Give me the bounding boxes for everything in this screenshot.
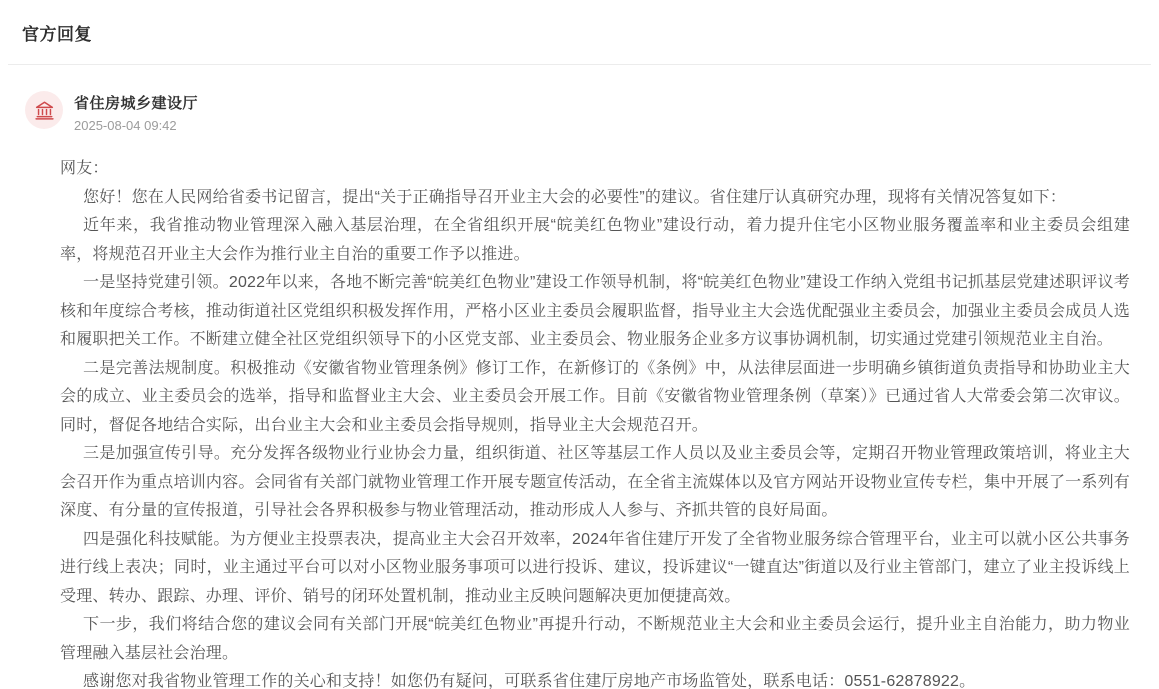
- reply-paragraph: 四是强化科技赋能。为方便业主投票表决，提高业主大会召开效率，2024年省住建厅开…: [60, 526, 1130, 612]
- reply-paragraph: 一是坚持党建引领。2022年以来，各地不断完善“皖美红色物业”建设工作领导机制，…: [60, 269, 1130, 355]
- reply-paragraph: 下一步，我们将结合您的建议会同有关部门开展“皖美红色物业”再提升行动，不断规范业…: [60, 611, 1130, 668]
- avatar: [25, 91, 63, 129]
- reply-paragraph: 三是加强宣传引导。充分发挥各级物业行业协会力量，组织街道、社区等基层工作人员以及…: [60, 440, 1130, 526]
- agency-name: 省住房城乡建设厅: [74, 92, 198, 113]
- government-building-icon: [34, 100, 55, 121]
- reply-header: 省住房城乡建设厅 2025-08-04 09:42: [25, 91, 1159, 133]
- reply-paragraph: 您好！您在人民网给省委书记留言，提出“关于正确指导召开业主大会的必要性”的建议。…: [60, 184, 1130, 213]
- reply-timestamp: 2025-08-04 09:42: [74, 118, 198, 133]
- agency-block: 省住房城乡建设厅 2025-08-04 09:42: [74, 91, 198, 133]
- reply-paragraph: 网友：: [60, 155, 1130, 184]
- reply-paragraph: 二是完善法规制度。积极推动《安徽省物业管理条例》修订工作，在新修订的《条例》中，…: [60, 355, 1130, 441]
- reply-paragraph: 感谢您对我省物业管理工作的关心和支持！如您仍有疑问，可联系省住建厅房地产市场监管…: [60, 668, 1130, 689]
- reply-body: 网友：您好！您在人民网给省委书记留言，提出“关于正确指导召开业主大会的必要性”的…: [60, 155, 1130, 689]
- page-title: 官方回复: [0, 0, 1159, 45]
- reply-paragraph: 近年来，我省推动物业管理深入融入基层治理，在全省组织开展“皖美红色物业”建设行动…: [60, 212, 1130, 269]
- header-divider: [8, 64, 1151, 65]
